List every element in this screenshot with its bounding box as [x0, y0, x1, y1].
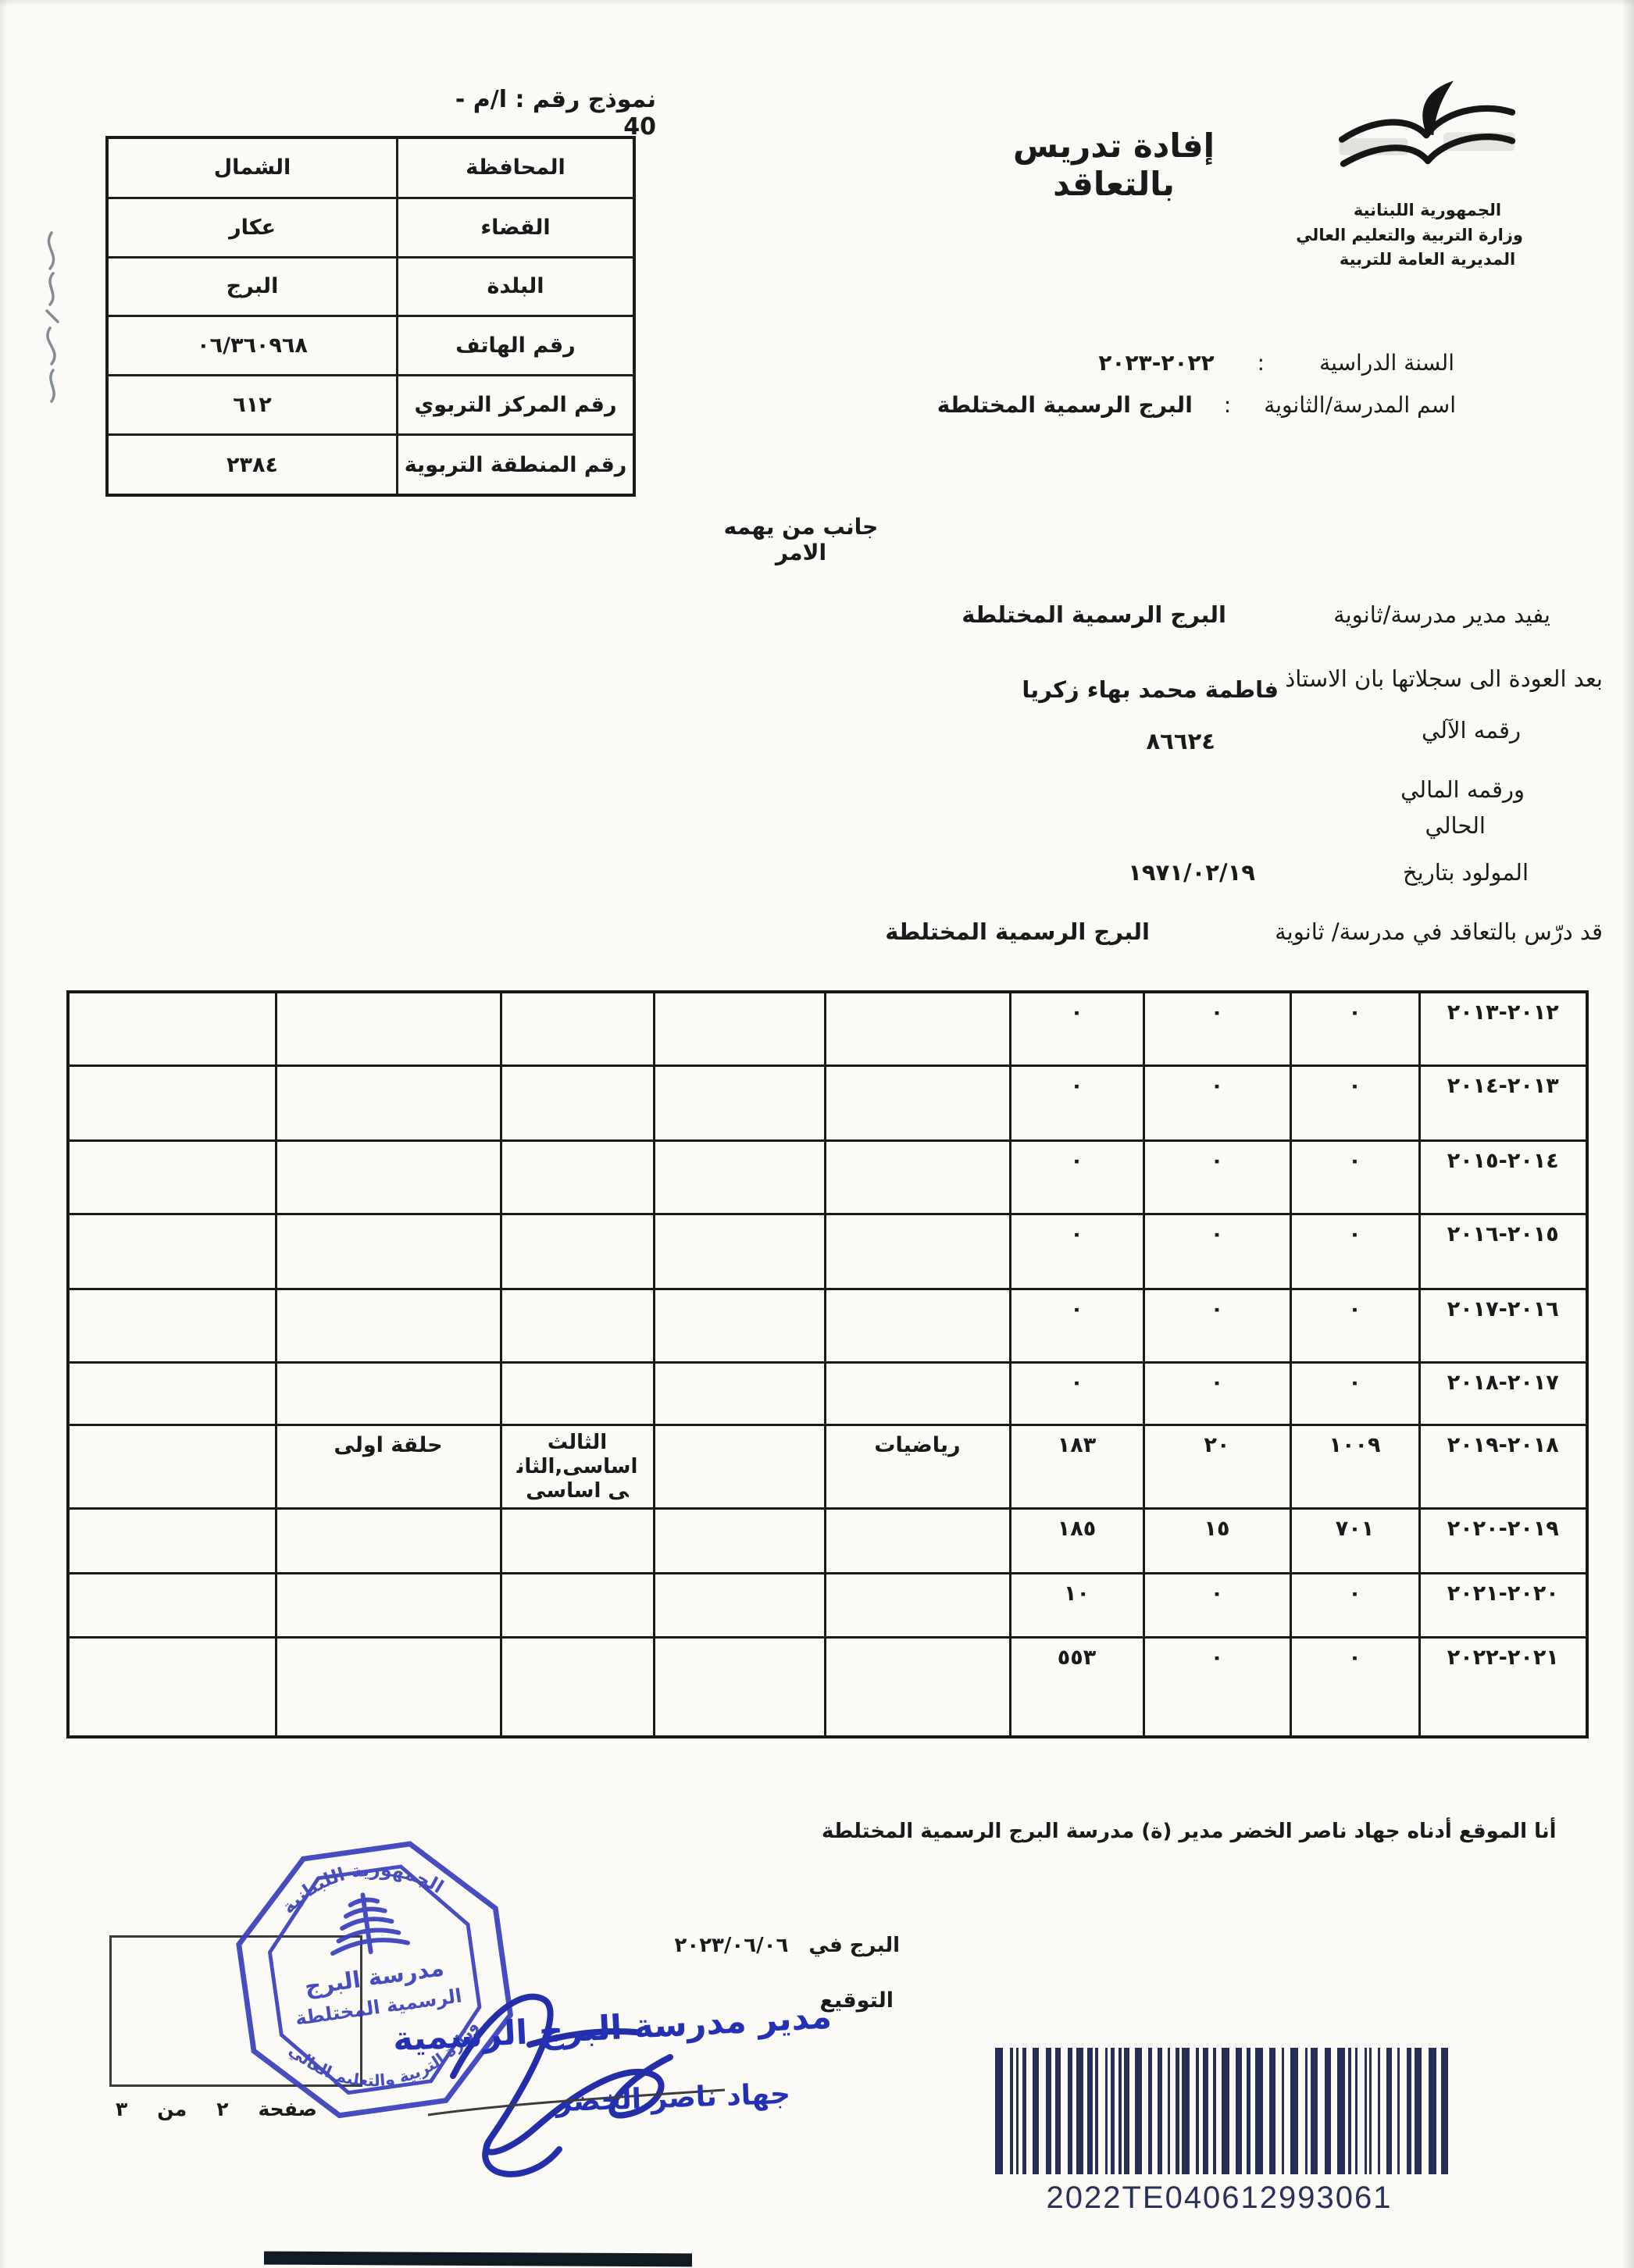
empty-cell — [68, 1065, 276, 1140]
auto-number-label: رقمه الآلي — [1422, 717, 1521, 744]
barcode-bar — [1337, 2048, 1345, 2174]
school-year-value: ٢٠٢٢-٢٠٢٣ — [1098, 350, 1214, 376]
class-cell — [501, 1573, 654, 1637]
barcode-bar — [1415, 2048, 1422, 2174]
ministry-country-line: الجمهورية اللبنانية — [1332, 198, 1523, 223]
empty-cell — [654, 1637, 825, 1737]
body-line-taught: قد درّس بالتعاقد في مدرسة/ ثانوية البرج … — [736, 918, 1603, 954]
value-cell: ٢٠ — [1143, 1425, 1290, 1508]
school-name-label: اسم المدرسة/الثانوية — [1264, 392, 1456, 418]
value-cell: ٠ — [1290, 1065, 1419, 1140]
class-cell — [501, 1140, 654, 1214]
barcode-bar — [1311, 2048, 1318, 2174]
certifies-value: البرج الرسمية المختلطة — [961, 601, 1226, 628]
page-number: ٢ — [216, 2098, 228, 2120]
barcode-bar — [1022, 2048, 1026, 2174]
info-row: رقم المركز التربوي٦١٢ — [107, 376, 634, 435]
info-label: القضاء — [398, 198, 635, 257]
cycle-cell — [276, 1214, 501, 1289]
barcode-bar — [1010, 2048, 1013, 2174]
scan-edge-shadow-left — [0, 0, 8, 2268]
year-cell: ٢٠٢٠-٢٠٢١ — [1419, 1573, 1587, 1637]
school-year-row: السنة الدراسية : ٢٠٢٢-٢٠٢٣ — [1098, 350, 1454, 376]
value-cell: ٠ — [1143, 1065, 1290, 1140]
barcode-bar — [1076, 2048, 1083, 2174]
value-cell: ١٨٥ — [1010, 1508, 1143, 1573]
year-cell: ٢٠١٥-٢٠١٦ — [1419, 1214, 1587, 1289]
teaching-row: ٢٠١٧-٢٠١٨٠٠٠ — [68, 1362, 1587, 1425]
info-row: القضاءعكار — [107, 198, 634, 257]
teaching-row: ٢٠٢١-٢٠٢٢٠٠٥٥٣ — [68, 1637, 1587, 1737]
barcode-bar — [1213, 2048, 1216, 2174]
empty-cell — [68, 1214, 276, 1289]
empty-cell — [68, 1573, 276, 1637]
year-cell: ٢٠١٦-٢٠١٧ — [1419, 1289, 1587, 1362]
scan-edge-shadow-top — [0, 0, 1634, 6]
value-cell: ٠ — [1010, 1362, 1143, 1425]
barcode-bar — [1055, 2048, 1061, 2174]
subject-cell — [825, 1573, 1010, 1637]
financial-number-label: ورقمه المالي — [1400, 776, 1525, 803]
barcode-bar — [1105, 2048, 1108, 2174]
teaching-row: ٢٠١٨-٢٠١٩١٠٠٩٢٠١٨٣رياضياتالثالث اساسى,ال… — [68, 1425, 1587, 1508]
empty-cell — [654, 1425, 825, 1508]
barcode-bar — [1290, 2048, 1298, 2174]
barcode-bar — [1236, 2048, 1242, 2174]
barcode-bar — [1118, 2048, 1122, 2174]
empty-cell — [654, 1289, 825, 1362]
barcode-bar — [1255, 2048, 1263, 2174]
class-cell — [501, 1637, 654, 1737]
value-cell: ٠ — [1290, 1637, 1419, 1737]
barcode-bar — [1124, 2048, 1129, 2174]
subject-cell — [825, 1065, 1010, 1140]
value-cell: ٠ — [1010, 1065, 1143, 1140]
teaching-row: ٢٠١٥-٢٠١٦٠٠٠ — [68, 1214, 1587, 1289]
value-cell: ٥٥٣ — [1010, 1637, 1143, 1737]
scan-edge-shadow-right — [1622, 0, 1634, 2268]
class-cell — [501, 992, 654, 1065]
body-line-financial-number-2: الحالي — [736, 812, 1603, 848]
body-line-auto-number: رقمه الآلي ٨٦٦٢٤ — [736, 717, 1603, 753]
year-cell: ٢٠١٧-٢٠١٨ — [1419, 1362, 1587, 1425]
barcode-bar — [1182, 2048, 1190, 2174]
value-cell: ٠ — [1143, 1573, 1290, 1637]
barcode-bar — [1087, 2048, 1093, 2174]
info-value: البرج — [107, 257, 398, 316]
value-cell: ٠ — [1290, 992, 1419, 1065]
value-cell: ٠ — [1143, 992, 1290, 1065]
subject-cell — [825, 1214, 1010, 1289]
empty-cell — [68, 1362, 276, 1425]
class-cell — [501, 1362, 654, 1425]
info-label: المحافظة — [398, 137, 635, 198]
taught-label: قد درّس بالتعاقد في مدرسة/ ثانوية — [1275, 918, 1603, 945]
empty-cell — [68, 1140, 276, 1214]
teaching-row: ٢٠١٩-٢٠٢٠٧٠١١٥١٨٥ — [68, 1508, 1587, 1573]
year-cell: ٢٠١٨-٢٠١٩ — [1419, 1425, 1587, 1508]
cycle-cell: حلقة اولى — [276, 1425, 501, 1508]
info-label: رقم الهاتف — [398, 316, 635, 376]
value-cell: ٠ — [1143, 1140, 1290, 1214]
barcode-value: 2022TE040612993061 — [990, 2181, 1448, 2216]
value-cell: ١٨٣ — [1010, 1425, 1143, 1508]
empty-cell — [68, 1289, 276, 1362]
barcode-bar — [1441, 2048, 1448, 2174]
body-line-records: بعد العودة الى سجلاتها بان الاستاذ فاطمة… — [736, 665, 1603, 701]
info-value: عكار — [107, 198, 398, 257]
page-word: صفحة — [259, 2098, 317, 2120]
barcode-bar — [995, 2048, 1003, 2174]
value-cell: ٠ — [1143, 1637, 1290, 1737]
cycle-cell — [276, 1065, 501, 1140]
ministry-name-line: وزارة التربية والتعليم العالي — [1332, 223, 1523, 248]
barcode-bar — [1348, 2048, 1351, 2174]
class-cell — [501, 1289, 654, 1362]
cycle-cell — [276, 1637, 501, 1737]
value-cell: ٠ — [1143, 1289, 1290, 1362]
value-cell: ٠ — [1010, 1214, 1143, 1289]
total-pages: ٣ — [116, 2098, 127, 2120]
barcode-bar — [1135, 2048, 1142, 2174]
empty-cell — [654, 992, 825, 1065]
year-cell: ٢٠١٢-٢٠١٣ — [1419, 992, 1587, 1065]
info-value: ٦١٢ — [107, 376, 398, 435]
barcode-bar — [1369, 2048, 1372, 2174]
birth-date-value: ١٩٧١/٠٢/١٩ — [1128, 859, 1255, 886]
info-value: ٠٦/٣٦٠٩٦٨ — [107, 316, 398, 376]
barcode-bar — [1365, 2048, 1367, 2174]
value-cell: ٠ — [1010, 1140, 1143, 1214]
year-cell: ٢٠١٤-٢٠١٥ — [1419, 1140, 1587, 1214]
info-label: البلدة — [398, 257, 635, 316]
scanned-document-page: { "form": { "model_number": "نموذج رقم :… — [0, 0, 1634, 2268]
empty-cell — [654, 1362, 825, 1425]
value-cell: ١٠ — [1010, 1573, 1143, 1637]
barcode-bar — [1269, 2048, 1275, 2174]
info-row: رقم الهاتف٠٦/٣٦٠٩٦٨ — [107, 316, 634, 376]
ministry-logo-block: الجمهورية اللبنانية وزارة التربية والتعل… — [1332, 77, 1523, 273]
year-cell: ٢٠١٩-٢٠٢٠ — [1419, 1508, 1587, 1573]
open-book-flame-icon — [1335, 77, 1521, 195]
barcode-bar — [1203, 2048, 1208, 2174]
barcode-bar — [1378, 2048, 1380, 2174]
barcode-bar — [1282, 2048, 1284, 2174]
signature-scrawl — [412, 1951, 740, 2193]
school-name-row: اسم المدرسة/الثانوية : البرج الرسمية الم… — [937, 392, 1456, 418]
barcode-bar — [1033, 2048, 1039, 2174]
financial-number-label2: الحالي — [1425, 812, 1486, 839]
body-line-certifies: يفيد مدير مدرسة/ثانوية البرج الرسمية الم… — [736, 601, 1603, 637]
barcode-bar — [1386, 2048, 1392, 2174]
info-value: ٢٣٨٤ — [107, 435, 398, 495]
closing-statement: أنا الموقع أدناه جهاد ناصر الخضر مدير (ة… — [822, 1820, 1587, 1843]
cycle-cell — [276, 1508, 501, 1573]
value-cell: ٠ — [1010, 1289, 1143, 1362]
cycle-cell — [276, 1289, 501, 1362]
teaching-row: ٢٠١٤-٢٠١٥٠٠٠ — [68, 1140, 1587, 1214]
barcode-bar — [1148, 2048, 1152, 2174]
subject-cell — [825, 992, 1010, 1065]
class-cell: الثالث اساسى,الثانى اساسى — [501, 1425, 654, 1508]
barcode-block: 2022TE040612993061 — [990, 2048, 1448, 2216]
place-date-label: البرج في — [808, 1934, 900, 1957]
value-cell: ٠ — [1010, 992, 1143, 1065]
value-cell: ٠ — [1290, 1140, 1419, 1214]
barcode-bar — [1355, 2048, 1358, 2174]
subject-cell — [825, 1637, 1010, 1737]
form-model-number: نموذج رقم : ا/م - 40 — [422, 86, 656, 141]
info-label: رقم المركز التربوي — [398, 376, 635, 435]
records-label: بعد العودة الى سجلاتها بان الاستاذ — [1285, 665, 1603, 692]
class-cell — [501, 1214, 654, 1289]
empty-cell — [654, 1140, 825, 1214]
subject-cell — [825, 1289, 1010, 1362]
value-cell: ٠ — [1290, 1289, 1419, 1362]
value-cell: ٧٠١ — [1290, 1508, 1419, 1573]
taught-value: البرج الرسمية المختلطة — [885, 918, 1150, 945]
subject-cell — [825, 1508, 1010, 1573]
salutation: جانب من يهمه الامر — [705, 514, 897, 565]
empty-cell — [654, 1508, 825, 1573]
barcode-bar — [1429, 2048, 1436, 2174]
teacher-name: فاطمة محمد بهاء زكريا — [1022, 676, 1279, 703]
teaching-row: ٢٠١٣-٢٠١٤٠٠٠ — [68, 1065, 1587, 1140]
barcode-bar — [1325, 2048, 1331, 2174]
empty-cell — [68, 992, 276, 1065]
cycle-cell — [276, 1140, 501, 1214]
barcode-bar — [1111, 2048, 1115, 2174]
barcode-bar — [1168, 2048, 1170, 2174]
margin-handwriting-scribble — [31, 226, 72, 406]
value-cell: ٠ — [1143, 1362, 1290, 1425]
certifies-label: يفيد مدير مدرسة/ثانوية — [1333, 601, 1550, 628]
class-cell — [501, 1508, 654, 1573]
barcode-bar — [1407, 2048, 1411, 2174]
year-cell: ٢٠٢١-٢٠٢٢ — [1419, 1637, 1587, 1737]
value-cell: ١٠٠٩ — [1290, 1425, 1419, 1508]
subject-cell — [825, 1140, 1010, 1214]
body-line-financial-number: ورقمه المالي — [736, 776, 1603, 812]
barcode-bar — [1176, 2048, 1179, 2174]
birth-date-label: المولود بتاريخ — [1403, 859, 1529, 886]
class-cell — [501, 1065, 654, 1140]
teaching-row: ٢٠٢٠-٢٠٢١٠٠١٠ — [68, 1573, 1587, 1637]
school-name-value: البرج الرسمية المختلطة — [937, 392, 1193, 418]
barcode-bar — [1222, 2048, 1229, 2174]
page-footer: صفحة ٢ من ٣ — [116, 2098, 317, 2120]
value-cell: ٠ — [1290, 1362, 1419, 1425]
info-row: رقم المنطقة التربوية٢٣٨٤ — [107, 435, 634, 495]
empty-cell — [654, 1214, 825, 1289]
subject-cell: رياضيات — [825, 1425, 1010, 1508]
barcode-bar — [1247, 2048, 1250, 2174]
empty-cell — [68, 1637, 276, 1737]
value-cell: ٠ — [1290, 1573, 1419, 1637]
info-row: البلدةالبرج — [107, 257, 634, 316]
barcode-bar — [1046, 2048, 1051, 2174]
barcode-bar — [1305, 2048, 1308, 2174]
barcode-bar — [1068, 2048, 1072, 2174]
colon: : — [1258, 350, 1265, 376]
value-cell: ٠ — [1290, 1214, 1419, 1289]
teaching-row: ٢٠١٦-٢٠١٧٠٠٠ — [68, 1289, 1587, 1362]
empty-cell — [654, 1065, 825, 1140]
cycle-cell — [276, 1573, 501, 1637]
value-cell: ٠ — [1143, 1214, 1290, 1289]
of-word: من — [157, 2098, 187, 2120]
teaching-row: ٢٠١٢-٢٠١٣٠٠٠ — [68, 992, 1587, 1065]
teaching-history-table: ٢٠١٢-٢٠١٣٠٠٠٢٠١٣-٢٠١٤٠٠٠٢٠١٤-٢٠١٥٠٠٠٢٠١٥… — [66, 990, 1589, 1738]
school-info-table: المحافظةالشمالالقضاءعكارالبلدةالبرجرقم ا… — [105, 136, 636, 497]
year-cell: ٢٠١٣-٢٠١٤ — [1419, 1065, 1587, 1140]
cycle-cell — [276, 1362, 501, 1425]
info-value: الشمال — [107, 137, 398, 198]
document-title: إفادة تدريس بالتعاقد — [992, 127, 1236, 203]
school-year-label: السنة الدراسية — [1319, 350, 1454, 376]
barcode-bar — [1095, 2048, 1098, 2174]
ministry-directorate-line: المديرية العامة للتربية — [1332, 248, 1523, 273]
empty-cell — [68, 1508, 276, 1573]
empty-cell — [654, 1573, 825, 1637]
barcode-bar — [1158, 2048, 1162, 2174]
value-cell: ١٥ — [1143, 1508, 1290, 1573]
subject-cell — [825, 1362, 1010, 1425]
colon: : — [1224, 392, 1231, 418]
info-row: المحافظةالشمال — [107, 137, 634, 198]
body-line-birth-date: المولود بتاريخ ١٩٧١/٠٢/١٩ — [736, 859, 1603, 895]
info-label: رقم المنطقة التربوية — [398, 435, 635, 495]
barcode-icon — [990, 2048, 1448, 2174]
cedar-tree-icon — [325, 1890, 408, 1958]
barcode-bar — [1397, 2048, 1400, 2174]
barcode-bar — [1196, 2048, 1199, 2174]
cycle-cell — [276, 992, 501, 1065]
barcode-bar — [1016, 2048, 1019, 2174]
bottom-scan-bar — [264, 2252, 692, 2267]
empty-cell — [68, 1425, 276, 1508]
auto-number-value: ٨٦٦٢٤ — [1146, 728, 1215, 754]
